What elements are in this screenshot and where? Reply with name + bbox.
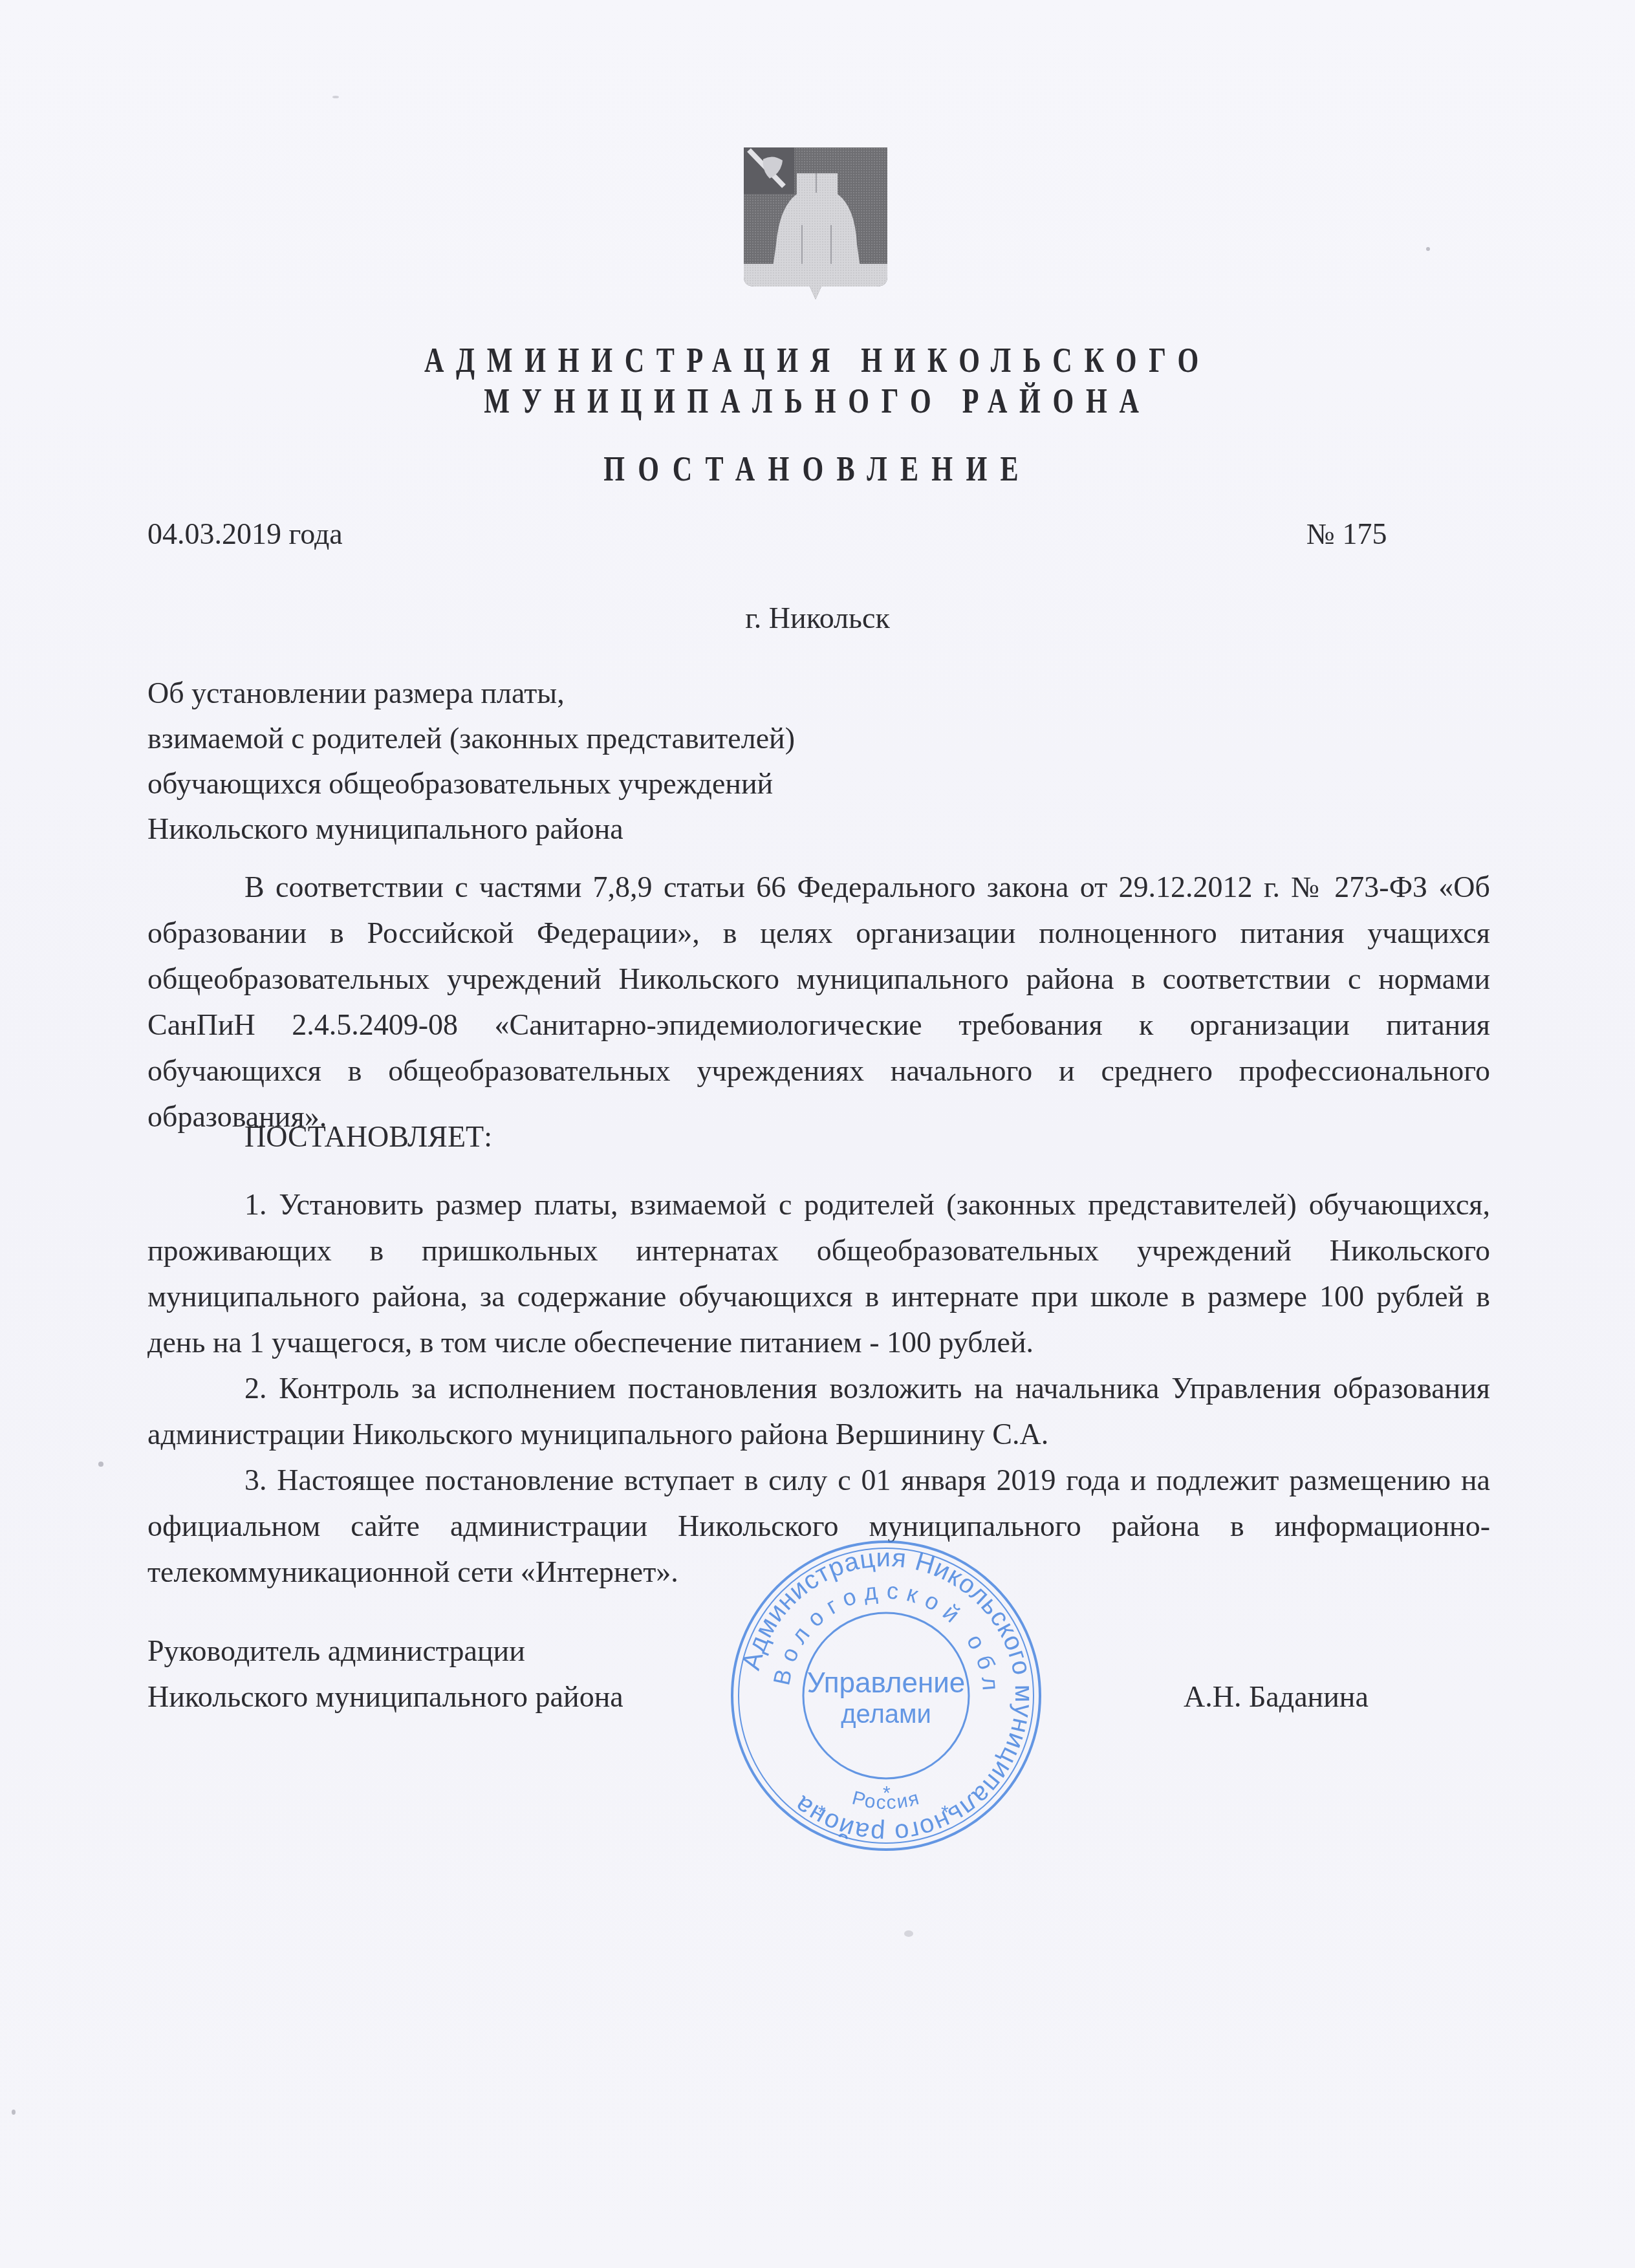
official-stamp: Администрация Никольского муниципального… bbox=[724, 1534, 1048, 1857]
document-type-heading: ПОСТАНОВЛЕНИЕ bbox=[180, 449, 1455, 488]
scan-speck bbox=[98, 1462, 103, 1467]
signatory-role: Руководитель администрации Никольского м… bbox=[147, 1628, 623, 1720]
scan-speck bbox=[332, 96, 339, 98]
document-number: № 175 bbox=[1306, 511, 1387, 557]
preamble-paragraph: В соответствии с частями 7,8,9 статьи 66… bbox=[147, 864, 1490, 1139]
subject-line: взимаемой с родителей (законных представ… bbox=[147, 716, 924, 761]
document-page: АДМИНИСТРАЦИЯ НИКОЛЬСКОГО МУНИЦИПАЛЬНОГО… bbox=[0, 0, 1635, 2268]
coat-of-arms-emblem bbox=[744, 147, 887, 299]
stamp-seal-icon: Администрация Никольского муниципального… bbox=[724, 1534, 1048, 1857]
document-subject: Об установлении размера платы, взимаемой… bbox=[147, 671, 924, 852]
decree-item-1: 1. Установить размер платы, взимаемой с … bbox=[147, 1182, 1490, 1365]
decrees-list: 1. Установить размер платы, взимаемой с … bbox=[147, 1182, 1490, 1595]
decrees-label: ПОСТАНОВЛЯЕТ: bbox=[244, 1114, 492, 1160]
scan-speck bbox=[12, 2110, 16, 2115]
signatory-role-line-2: Никольского муниципального района bbox=[147, 1674, 623, 1720]
document-date: 04.03.2019 года bbox=[147, 511, 343, 557]
subject-line: обучающихся общеобразовательных учрежден… bbox=[147, 761, 924, 806]
decree-item-2: 2. Контроль за исполнением постановления… bbox=[147, 1365, 1490, 1457]
stamp-center-line-1: Управление bbox=[807, 1667, 966, 1699]
svg-text:*: * bbox=[818, 1802, 826, 1823]
preamble-block: В соответствии с частями 7,8,9 статьи 66… bbox=[147, 864, 1490, 1139]
subject-line: Об установлении размера платы, bbox=[147, 671, 924, 716]
scan-speck bbox=[1426, 247, 1430, 251]
signatory-role-line-1: Руководитель администрации bbox=[147, 1628, 623, 1674]
svg-text:*: * bbox=[883, 1782, 891, 1804]
svg-text:*: * bbox=[941, 1802, 949, 1823]
organization-title-line-1: АДМИНИСТРАЦИЯ НИКОЛЬСКОГО bbox=[180, 341, 1455, 380]
organization-title-line-2: МУНИЦИПАЛЬНОГО РАЙОНА bbox=[180, 382, 1455, 420]
document-city: г. Никольск bbox=[0, 595, 1635, 641]
stamp-center-line-2: делами bbox=[841, 1700, 931, 1729]
signatory-name: А.Н. Баданина bbox=[1184, 1674, 1369, 1720]
scan-speck bbox=[904, 1930, 913, 1937]
scan-speck bbox=[1422, 1385, 1425, 1388]
coat-of-arms-icon bbox=[744, 147, 887, 299]
subject-line: Никольского муниципального района bbox=[147, 806, 924, 852]
